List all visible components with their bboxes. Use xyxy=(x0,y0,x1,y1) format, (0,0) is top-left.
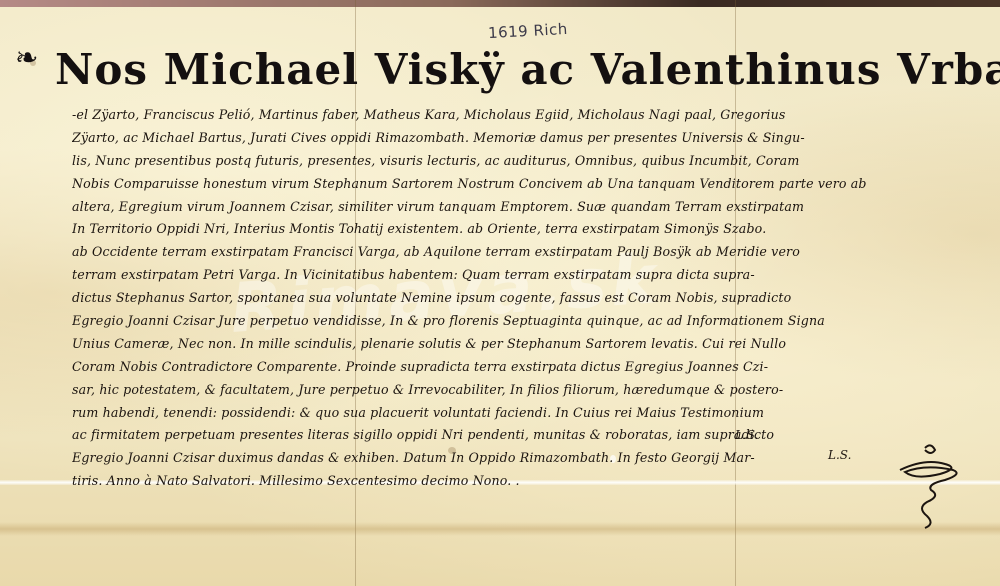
text-line: sar, hic potestatem, & facultatem, Jure … xyxy=(72,379,977,402)
text-line: rum habendi, tenendi: possidendi: & quo … xyxy=(72,402,977,425)
signature-flourish-icon xyxy=(895,440,975,530)
text-line: tiris. Anno à Nato Salvatori. Millesimo … xyxy=(72,470,977,493)
text-line: Zÿarto, ac Michael Bartus, Jurati Cives … xyxy=(72,127,977,150)
text-line: ac firmitatem perpetuam presentes litera… xyxy=(72,424,977,447)
text-line: Unius Cameræ, Nec non. In mille scinduli… xyxy=(72,333,977,356)
text-line: Nobis Comparuisse honestum virum Stephan… xyxy=(72,173,977,196)
text-line: ab Occidente terram exstirpatam Francisc… xyxy=(72,241,977,264)
text-line: -el Zÿarto, Franciscus Pelió, Martinus f… xyxy=(72,104,977,127)
text-line: terram exstirpatam Petri Varga. In Vicin… xyxy=(72,264,977,287)
text-line: lis, Nunc presentibus postq futuris, pre… xyxy=(72,150,977,173)
manuscript-page: 1619 Rich ❧ Nos Michael Viskÿ ac Valenth… xyxy=(0,0,1000,586)
seal-mark: L.S. xyxy=(828,448,851,462)
text-line: dictus Stephanus Sartor, spontanea sua v… xyxy=(72,287,977,310)
heading-text: Nos Michael Viskÿ ac Valenthinus Vrbanka… xyxy=(55,45,1000,94)
scan-top-edge xyxy=(0,0,1000,7)
seal-mark: L.S. xyxy=(735,428,758,442)
fold-line xyxy=(0,522,1000,536)
flourish-icon: ❧ xyxy=(15,28,39,88)
text-line: altera, Egregium virum Joannem Czisar, s… xyxy=(72,196,977,219)
text-line: Egregio Joanni Czisar Jure perpetuo vend… xyxy=(72,310,977,333)
text-line: In Territorio Oppidi Nri, Interius Monti… xyxy=(72,218,977,241)
text-line: Coram Nobis Contradictore Comparente. Pr… xyxy=(72,356,977,379)
document-body: -el Zÿarto, Franciscus Pelió, Martinus f… xyxy=(72,104,977,493)
archive-note: 1619 Rich xyxy=(488,20,569,42)
